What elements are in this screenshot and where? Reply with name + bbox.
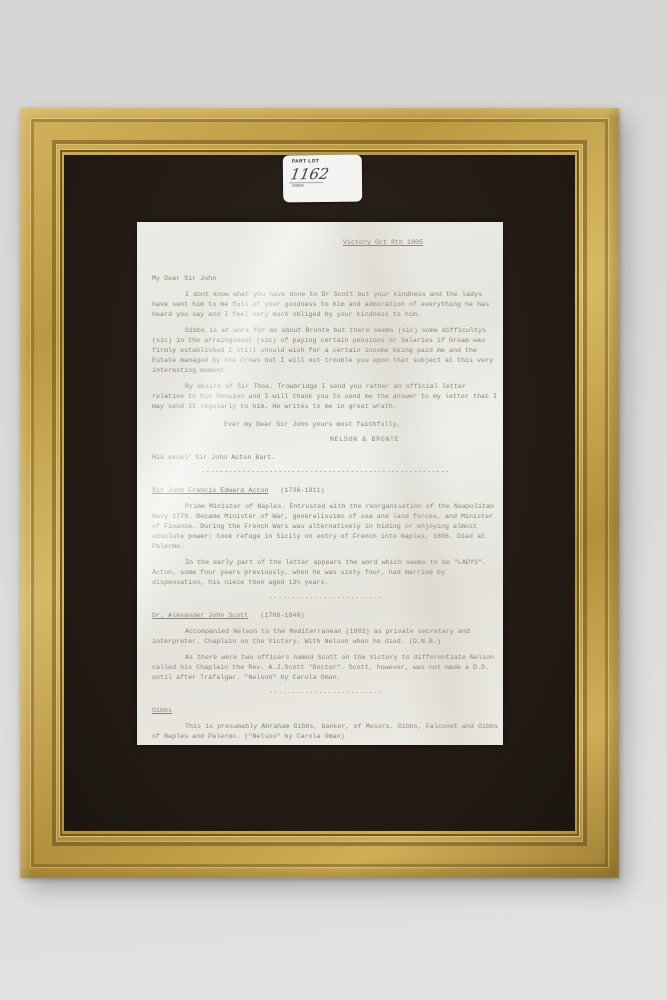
lot-label-title: PART LOT bbox=[292, 159, 349, 165]
lot-number-handwritten: 1162 bbox=[289, 166, 326, 183]
section-heading-gibbs: Gibbs bbox=[152, 706, 499, 716]
dashed-separator: ----------------------------------------… bbox=[152, 467, 499, 477]
section-paragraph: In the early part of the letter appears … bbox=[152, 558, 499, 588]
letter-paragraph: By desire of Sir Thos. Trowbridge I send… bbox=[152, 382, 499, 412]
gilt-picture-frame: PART LOT 1162 259838 Victory Oct 8th 180… bbox=[20, 108, 619, 878]
letter-valediction: Ever my Dear Sir John yours most faithfu… bbox=[224, 420, 499, 430]
section-heading-name: Gibbs bbox=[152, 707, 172, 715]
dotted-separator: ......................... bbox=[152, 687, 499, 697]
section-paragraph: This is presumably Abraham Gibbs, banker… bbox=[152, 722, 499, 742]
letter-dateline: Victory Oct 8th 1805 bbox=[343, 238, 499, 248]
auction-lot-label: PART LOT 1162 259838 bbox=[283, 155, 362, 203]
section-heading-dates: (1736-1811) bbox=[280, 487, 324, 495]
letter-signature: NELSON & BRONTE bbox=[330, 435, 499, 445]
letter-addressee: His excely Sir John Acton Bart. bbox=[152, 450, 499, 463]
dark-mount-mat: PART LOT 1162 259838 Victory Oct 8th 180… bbox=[64, 155, 575, 831]
addressee-prefix: His excel bbox=[152, 454, 188, 462]
section-heading-name: Sir John Francis Edward Acton bbox=[152, 487, 268, 495]
section-heading-name: Dr. Alexander John Scott bbox=[152, 612, 248, 620]
section-paragraph: Prime Minister of Naples. Entrusted with… bbox=[152, 502, 499, 552]
addressee-rest: Sir John Acton Bart. bbox=[191, 454, 275, 462]
section-paragraph: As there were two officers named Scott o… bbox=[152, 653, 499, 683]
letter-salutation: My Dear Sir John bbox=[152, 274, 499, 284]
typed-letter-transcript-page: Victory Oct 8th 1805 My Dear Sir John I … bbox=[137, 222, 503, 745]
section-paragraph: Accompanied Nelson to the Mediterranean … bbox=[152, 627, 499, 647]
dotted-separator: ......................... bbox=[152, 592, 499, 602]
section-heading-acton: Sir John Francis Edward Acton(1736-1811) bbox=[152, 486, 499, 496]
letter-paragraph: I dont know what you have done to Dr Sco… bbox=[152, 290, 499, 320]
section-heading-dates: (1768-1840) bbox=[260, 612, 304, 620]
lot-label-sub-number: 259838 bbox=[292, 184, 333, 188]
letter-paragraph: Gibbs is at work for me about Bronte but… bbox=[152, 326, 499, 376]
section-heading-scott: Dr. Alexander John Scott(1768-1840) bbox=[152, 611, 499, 621]
